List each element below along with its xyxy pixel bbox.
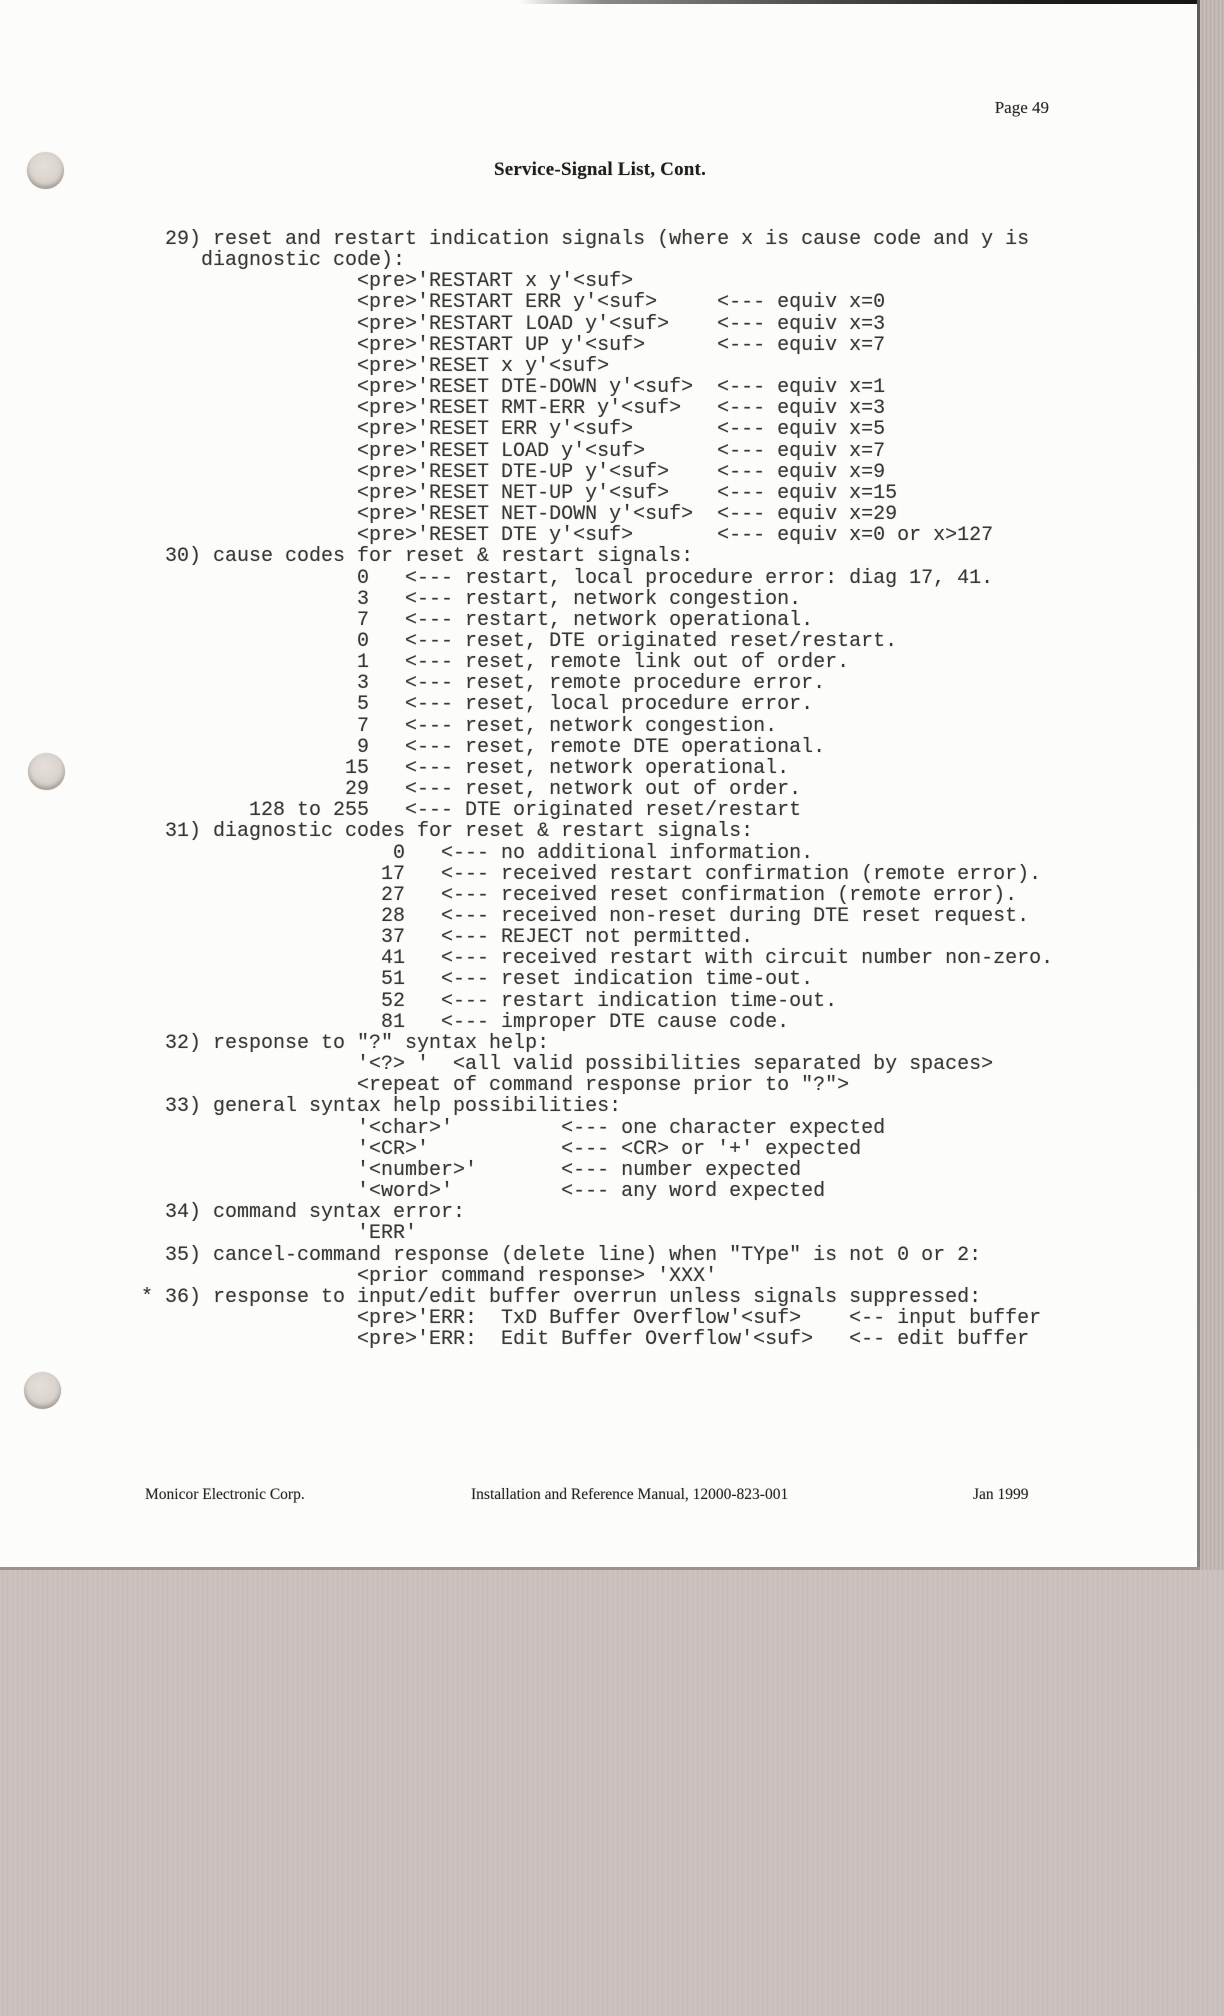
page-number: Page 49	[995, 98, 1049, 118]
paper-sheet: Page 49 Service-Signal List, Cont. 29) r…	[0, 0, 1200, 1570]
scan-artifact-bottom-edge	[0, 1567, 1200, 1570]
footer-manual-title: Installation and Reference Manual, 12000…	[471, 1486, 788, 1504]
page-title: Service-Signal List, Cont.	[0, 159, 1200, 181]
hole-punch-middle	[28, 753, 65, 790]
hole-punch-top	[27, 152, 64, 189]
service-signal-list-text: 29) reset and restart indication signals…	[141, 229, 1053, 1350]
scanned-document: Page 49 Service-Signal List, Cont. 29) r…	[0, 0, 1224, 2016]
hole-punch-bottom	[24, 1372, 61, 1409]
scan-artifact-top-edge	[520, 0, 1198, 4]
footer-company: Monicor Electronic Corp.	[145, 1486, 305, 1504]
footer-date: Jan 1999	[973, 1486, 1029, 1504]
scan-background-right-strip	[1200, 0, 1224, 1570]
